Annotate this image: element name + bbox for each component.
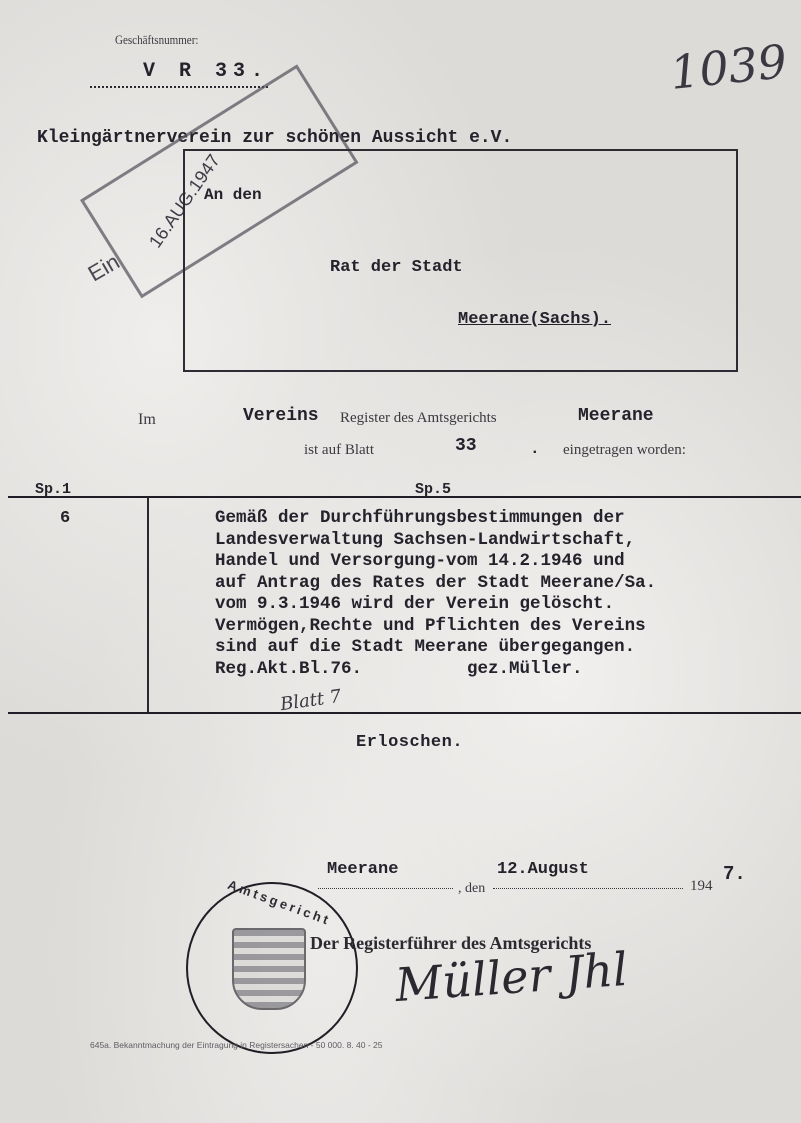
table-column-divider [147, 497, 149, 713]
signature-date: 12.August [497, 860, 589, 879]
date-connector: , den [458, 881, 485, 897]
form-footer: 645a. Bekanntmachung der Eintragung in R… [90, 1040, 383, 1050]
address-salutation: An den [204, 186, 262, 204]
sheet-dot: . [530, 440, 540, 458]
year-prefix: 194 [690, 878, 713, 895]
sheet-number: 33 [455, 436, 477, 456]
register-prefix: Im [138, 411, 156, 429]
address-city: Meerane(Sachs). [458, 310, 611, 329]
register-type: Vereins [243, 406, 319, 426]
case-number-label: Geschäftsnummer: [115, 32, 198, 48]
coat-of-arms-icon [232, 928, 306, 1010]
signature-place: Meerane [327, 860, 398, 879]
entry-text: Gemäß der Durchführungsbestimmungen der … [215, 508, 656, 680]
place-line [318, 888, 453, 889]
status-text: Erloschen. [356, 733, 463, 752]
case-number: V R 33. [143, 60, 269, 83]
entry-number: 6 [60, 509, 70, 528]
table-top-rule [8, 496, 801, 498]
register-text: Register des Amtsgerichts [340, 410, 497, 427]
date-line [493, 888, 683, 889]
year-suffix: 7. [723, 863, 746, 885]
entered-text: eingetragen worden: [563, 442, 686, 459]
register-court: Meerane [578, 406, 654, 426]
sheet-text: ist auf Blatt [304, 442, 374, 459]
table-bottom-rule [8, 712, 801, 714]
address-recipient: Rat der Stadt [330, 258, 463, 277]
case-number-underline [90, 86, 268, 88]
